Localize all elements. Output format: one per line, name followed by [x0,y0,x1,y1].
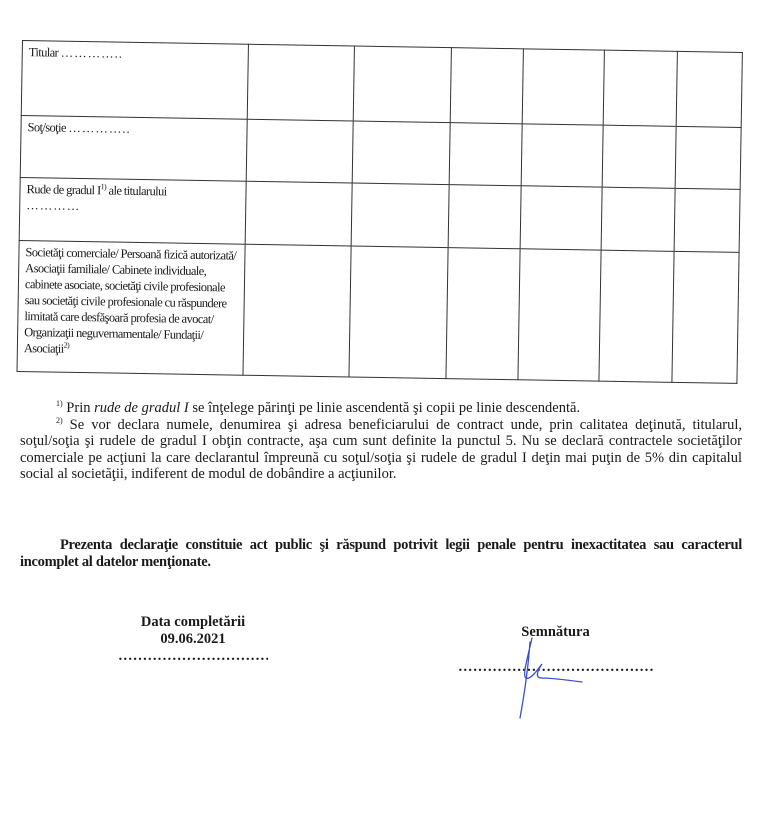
fill-dots: ………… [26,198,80,213]
row-label: Rude de gradul I1) ale titularului………… [19,177,246,244]
footnotes: 1) Prin rude de gradul I se înţelege păr… [20,400,742,483]
date-dotted-line: ………………………………… [118,648,268,665]
table-cell [247,44,354,121]
public-statement: Prezenta declaraţie constituie act publi… [20,537,742,571]
table-cell [520,186,602,250]
label-text: Titular [29,45,59,59]
row-label: Societăţi comerciale/ Persoană fizică au… [17,240,245,375]
table-cell [675,126,741,189]
row-label: Soţ/soţie ………….. [20,115,247,181]
table-cell [674,188,740,252]
declaration-table-wrapper: Titular ………….. Soţ/soţie ………….. Rude de … [16,40,741,385]
table-cell [449,123,522,186]
table-cell [522,49,604,125]
table-cell [450,48,523,124]
fill-dots: ………….. [68,121,130,136]
row-label: Titular ………….. [21,41,248,120]
table-cell [351,183,449,248]
footnote-1: 1) Prin rude de gradul I se înţelege păr… [20,400,742,417]
table-cell [243,244,351,377]
footnote-text: se înţelege părinţi pe linie ascendentă … [189,400,580,416]
footnote-2: 2) Se vor declara numele, denumirea şi a… [20,417,742,483]
footnote-ref: 2) [64,341,70,350]
footnote-text: Se vor declara numele, denumirea şi adre… [20,417,742,483]
label-text: Soţ/soţie [27,120,66,135]
table-cell [676,51,742,127]
table-cell [448,185,521,249]
date-value: 09.06.2021 [118,631,268,648]
table-row-titular: Titular ………….. [21,41,742,128]
table-cell [245,181,352,246]
table-cell [599,250,674,382]
table-cell [349,246,448,379]
label-text: Societăţi comerciale/ Persoană fizică au… [24,245,237,356]
footnote-italic-term: rude de gradul I [94,400,189,416]
table-cell [446,248,520,380]
table-cell [518,249,601,381]
label-text: Rude de gradul I [26,182,100,197]
table-cell [672,251,739,383]
table-cell [603,50,677,126]
table-row-relatives: Rude de gradul I1) ale titularului………… [19,177,740,252]
footnote-mark: 2) [56,416,63,425]
table-cell [521,124,603,187]
fill-dots: ………….. [61,46,123,61]
footnote-mark: 1) [56,399,63,408]
completion-date-block: Data completării 09.06.2021 ………………………………… [118,614,268,665]
declaration-table: Titular ………….. Soţ/soţie ………….. Rude de … [16,40,742,384]
table-cell [246,119,353,183]
table-cell [601,187,675,251]
label-text: ale titularului [106,183,167,198]
table-row-companies: Societăţi comerciale/ Persoană fizică au… [17,240,739,383]
table-cell [352,121,450,185]
table-cell [353,46,451,123]
date-label: Data completării [118,614,268,631]
handwritten-signature-icon [512,636,592,721]
footnote-text: Prin [63,400,94,416]
table-cell [602,125,676,188]
